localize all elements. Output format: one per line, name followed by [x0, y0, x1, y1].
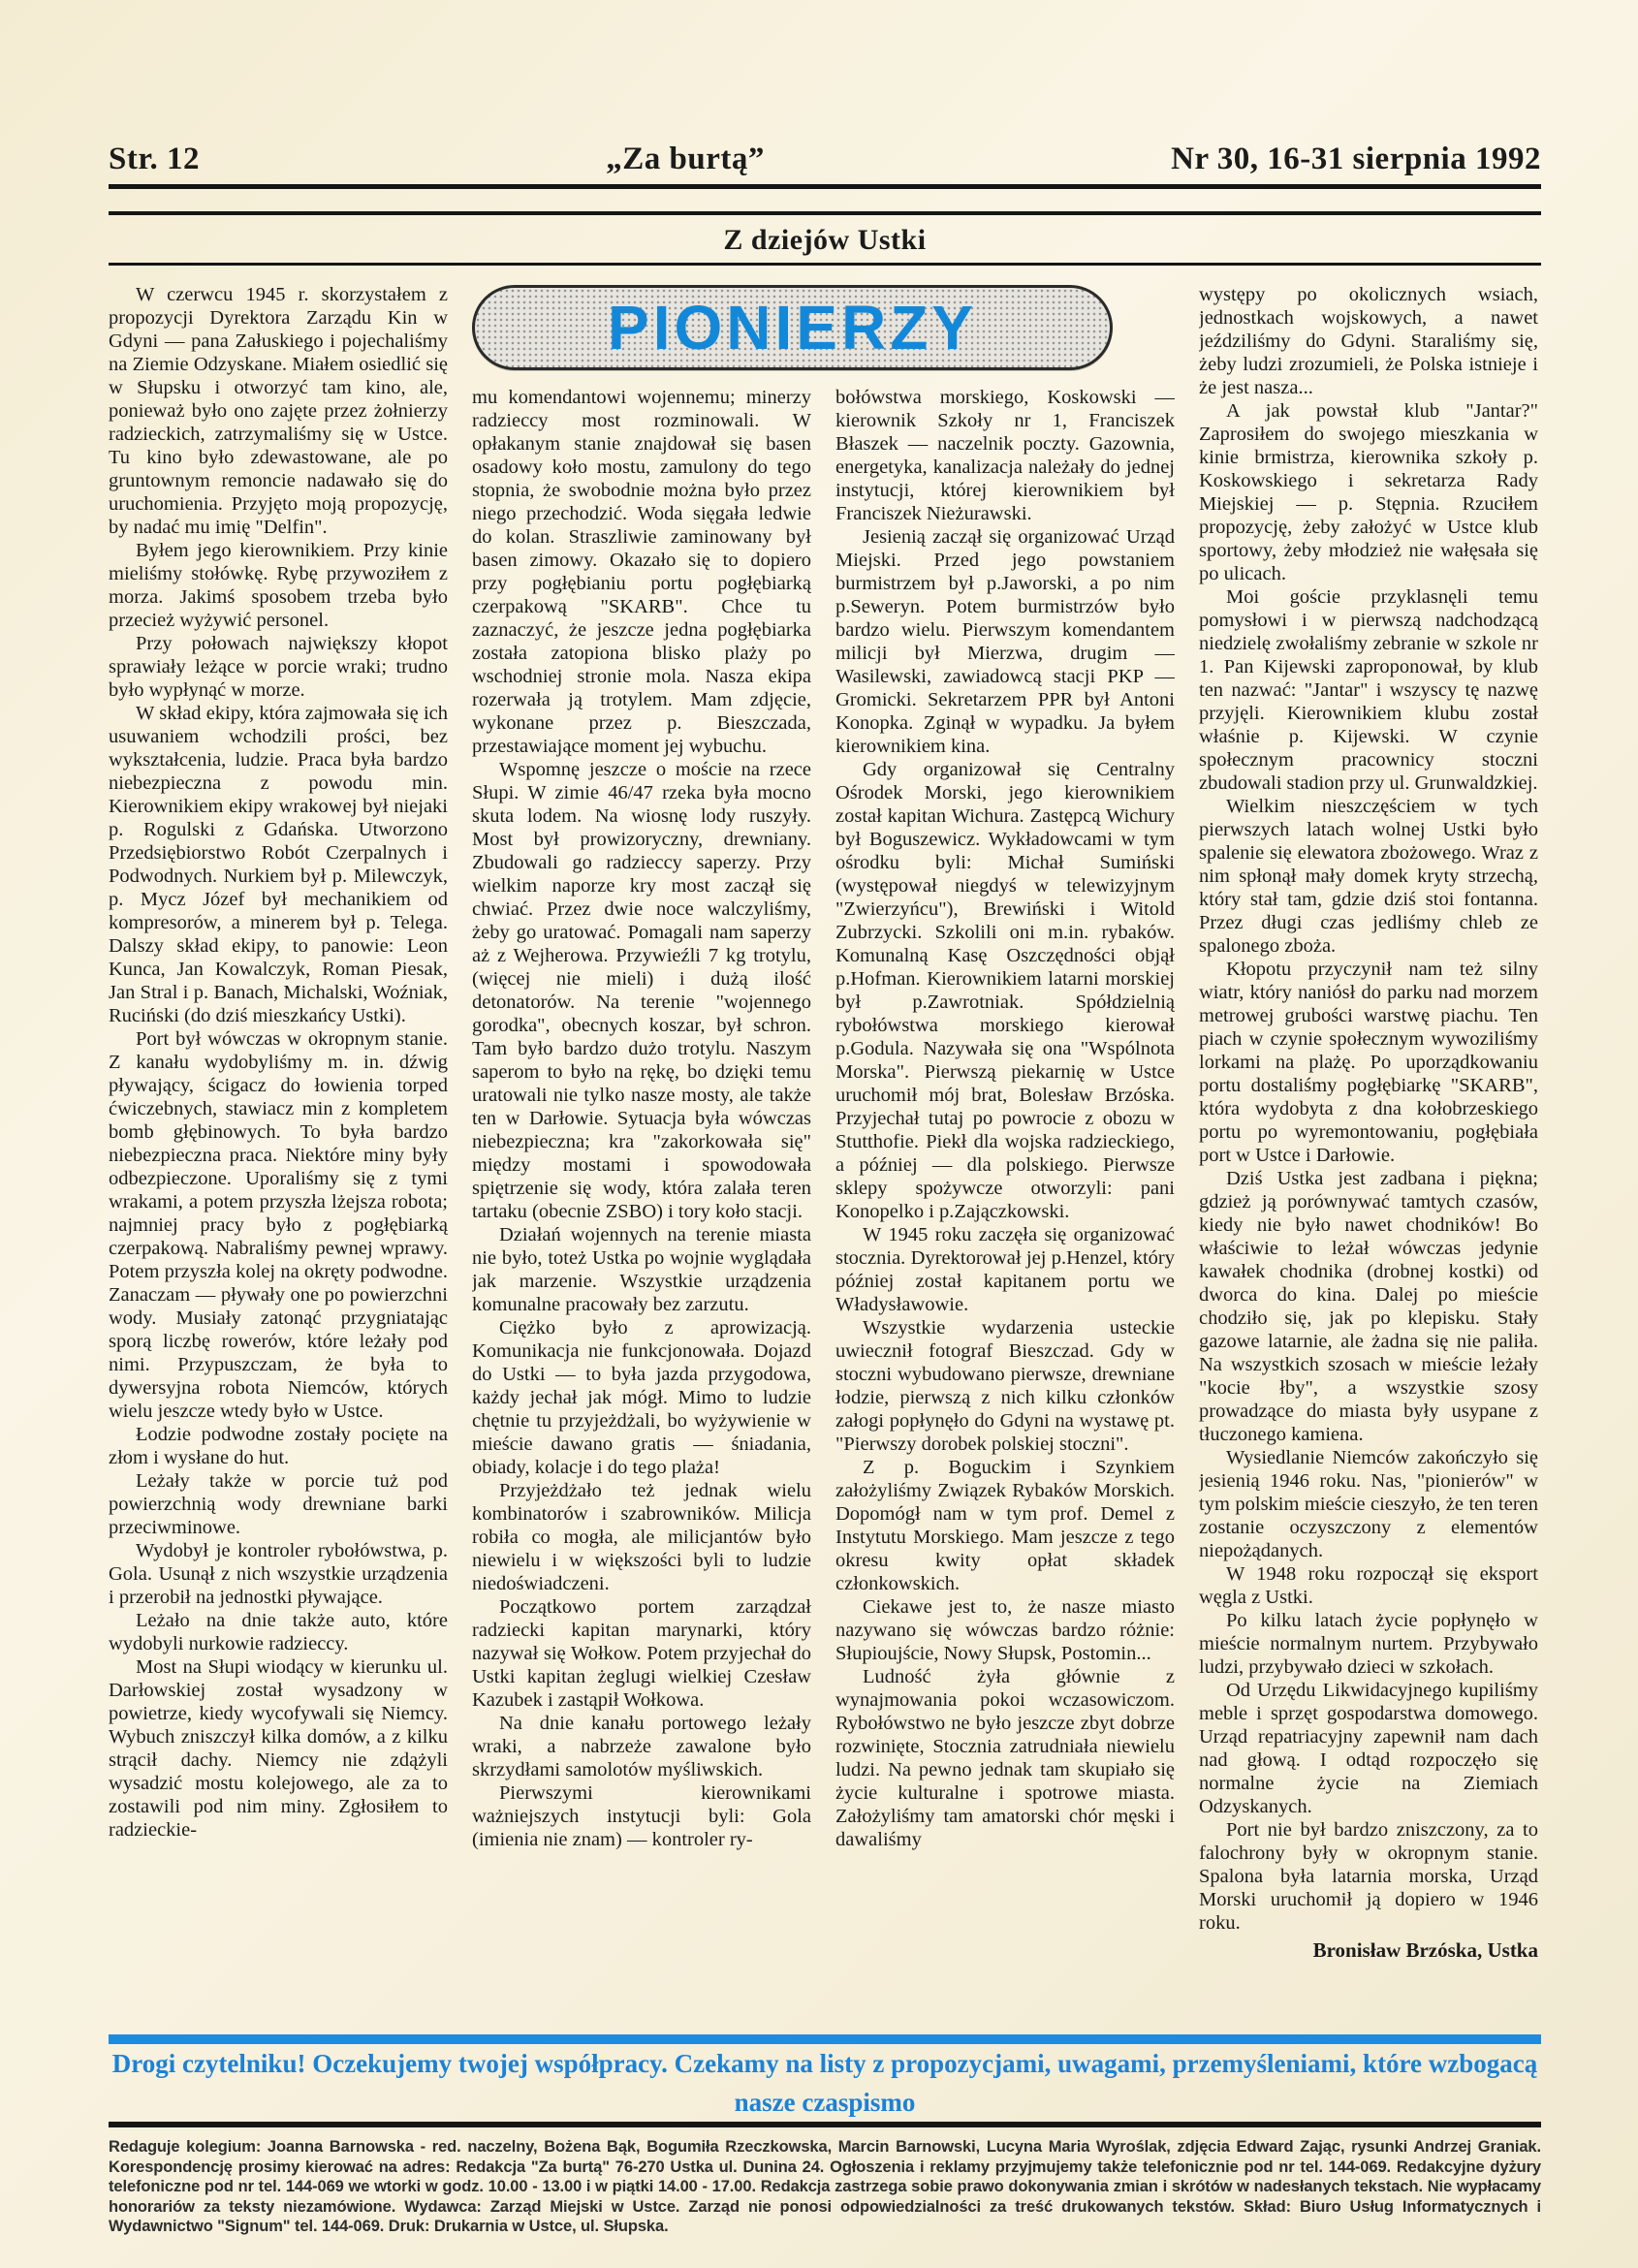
article-paragraph: Port nie był bardzo zniszczony, za to fa… [1199, 1818, 1538, 1935]
article-paragraph: Leżało na dnie także auto, które wydobyl… [109, 1609, 448, 1655]
article-paragraph: Wielkim nieszczęściem w tych pierwszych … [1199, 795, 1538, 958]
article-paragraph: Port był wówczas w okropnym stanie. Z ka… [109, 1027, 448, 1423]
article-paragraph: Wydobył je kontroler rybołówstwa, p. Gol… [109, 1539, 448, 1609]
article-paragraph: bołówstwa morskiego, Koskowski — kierown… [835, 386, 1175, 525]
article-paragraph: mu komendantowi wojennemu; minerzy radzi… [472, 386, 811, 758]
article-byline: Bronisław Brzóska, Ustka [1199, 1938, 1538, 1963]
article-paragraph: Jesienią zaczął się organizować Urząd Mi… [835, 525, 1175, 758]
article-paragraph: Kłopotu przyczynił nam też silny wiatr, … [1199, 958, 1538, 1167]
article-paragraph: Ciężko było z aprowizacją. Komunikacja n… [472, 1316, 811, 1479]
article-paragraph: Wspomnę jeszcze o moście na rzece Słupi.… [472, 758, 811, 1223]
article-body: W czerwcu 1945 r. skorzystałem z propozy… [109, 283, 1541, 2023]
article-paragraph: Pierwszymi kierownikami ważniejszych ins… [472, 1781, 811, 1851]
article-paragraph: Wysiedlanie Niemców zakończyło się jesie… [1199, 1446, 1538, 1562]
section-bottom-divider [109, 263, 1541, 266]
article-column-2: mu komendantowi wojennemu; minerzy radzi… [472, 386, 811, 2023]
article-column-3: bołówstwa morskiego, Koskowski — kierown… [835, 386, 1175, 2023]
article-paragraph: występy po okolicznych wsiach, jednostka… [1199, 283, 1538, 399]
article-paragraph: Moi goście przyklasnęli temu pomysłowi i… [1199, 585, 1538, 795]
article-headline: PIONIERZY [608, 292, 977, 363]
article-paragraph: Przy połowach największy kłopot sprawiał… [109, 632, 448, 702]
article-paragraph: Działań wojennych na terenie miasta nie … [472, 1223, 811, 1316]
article-column-4: występy po okolicznych wsiach, jednostka… [1199, 283, 1538, 2023]
imprint-text: Redaguje kolegium: Joanna Barnowska - re… [109, 2137, 1541, 2237]
article-paragraph: W skład ekipy, która zajmowała się ich u… [109, 702, 448, 1027]
article-paragraph: W 1945 roku zaczęła się organizować stoc… [835, 1223, 1175, 1316]
masthead-title: „Za burtą” [606, 142, 765, 177]
headline-box: PIONIERZY [472, 285, 1113, 370]
article-paragraph: Początkowo portem zarządzał radziecki ka… [472, 1595, 811, 1712]
article-paragraph: Po kilku latach życie popłynęło w mieści… [1199, 1609, 1538, 1679]
article-middle-area: PIONIERZY mu komendantowi wojennemu; min… [472, 283, 1175, 2023]
section-title: Z dziejów Ustki [109, 224, 1541, 257]
article-middle-columns: mu komendantowi wojennemu; minerzy radzi… [472, 386, 1175, 2023]
article-paragraph: A jak powstał klub "Jantar?" Zaprosiłem … [1199, 399, 1538, 585]
article-paragraph: Ciekawe jest to, że nasze miasto nazywan… [835, 1595, 1175, 1665]
article-paragraph: Gdy organizował się Centralny Ośrodek Mo… [835, 758, 1175, 1223]
article-paragraph: Wszystkie wydarzenia usteckie uwiecznił … [835, 1316, 1175, 1456]
article-paragraph: Od Urzędu Likwidacyjnego kupiliśmy meble… [1199, 1679, 1538, 1818]
article-paragraph: Leżały także w porcie tuż pod powierzchn… [109, 1469, 448, 1539]
article-column-1: W czerwcu 1945 r. skorzystałem z propozy… [109, 283, 448, 2023]
article-paragraph: Byłem jego kierownikiem. Przy kinie miel… [109, 539, 448, 632]
article-paragraph: Dziś Ustka jest zadbana i piękna; gdzież… [1199, 1167, 1538, 1446]
article-paragraph: Z p. Boguckim i Szynkiem założyliśmy Zwi… [835, 1456, 1175, 1595]
issue-info: Nr 30, 16-31 sierpnia 1992 [1171, 142, 1541, 177]
article-paragraph: Most na Słupi wiodący w kierunku ul. Dar… [109, 1655, 448, 1842]
article-paragraph: W 1948 roku rozpoczął się eksport węgla … [1199, 1562, 1538, 1609]
banner-bottom-bar [109, 2122, 1541, 2127]
reader-appeal-text: Drogi czytelniku! Oczekujemy twojej wspó… [109, 2044, 1541, 2122]
article-column-4-text: występy po okolicznych wsiach, jednostka… [1199, 283, 1538, 1935]
article-paragraph: W czerwcu 1945 r. skorzystałem z propozy… [109, 283, 448, 539]
article-paragraph: Na dnie kanału portowego leżały wraki, a… [472, 1712, 811, 1781]
reader-banner: Drogi czytelniku! Oczekujemy twojej wspó… [109, 2034, 1541, 2127]
header-divider [109, 184, 1541, 189]
article-paragraph: Przyjeżdżało też jednak wielu kombinator… [472, 1479, 811, 1595]
page-number: Str. 12 [109, 142, 200, 177]
banner-top-bar [109, 2034, 1541, 2044]
article-paragraph: Łodzie podwodne zostały pocięte na złom … [109, 1423, 448, 1469]
section-top-divider [109, 211, 1541, 215]
newspaper-page: Str. 12 „Za burtą” Nr 30, 16-31 sierpnia… [0, 0, 1638, 2268]
article-paragraph: Ludność żyła głównie z wynajmowania poko… [835, 1665, 1175, 1851]
page-header: Str. 12 „Za burtą” Nr 30, 16-31 sierpnia… [109, 0, 1541, 177]
